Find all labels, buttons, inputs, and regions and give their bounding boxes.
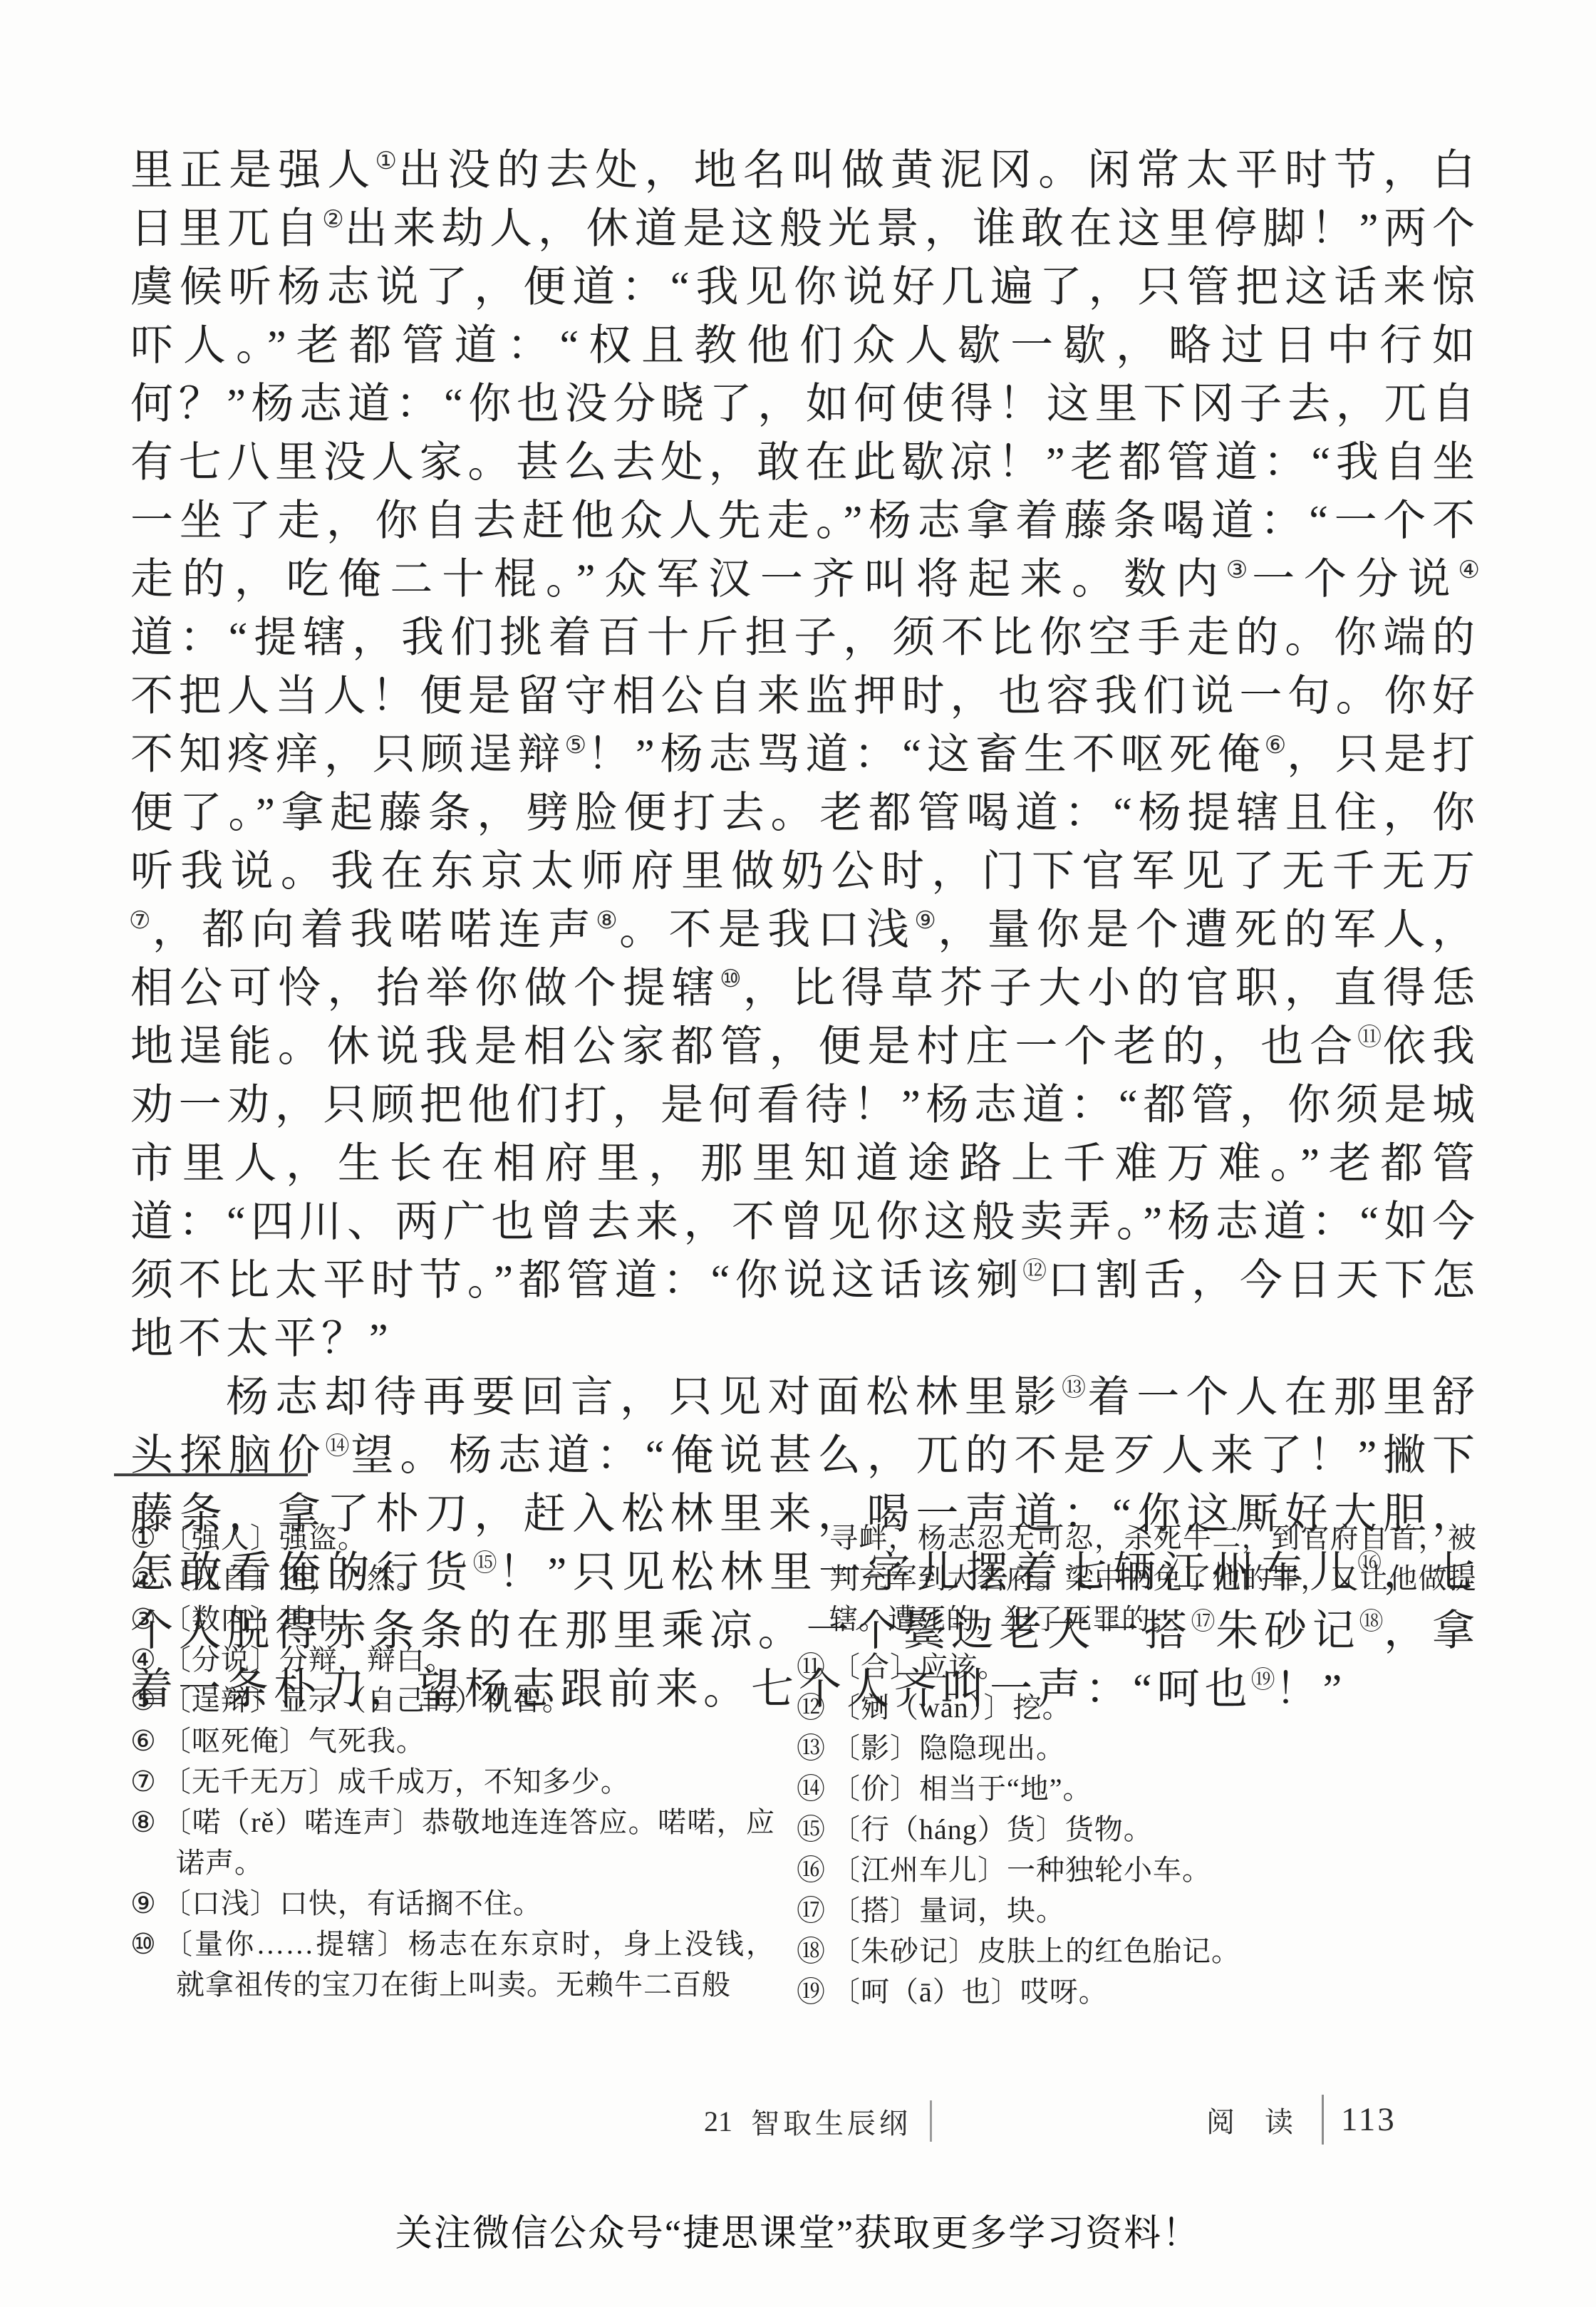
footnote-ref: ⑦ <box>129 908 152 934</box>
footnotes-right-column: 寻衅，杨志忍无可忍，杀死牛二，到官府自首，被判充军到大名府。梁中书免了他的罪，又… <box>797 1518 1477 2012</box>
footnote-3: ③〔数内〕其中。 <box>130 1599 775 1639</box>
footer-page-info: 阅 读 113 <box>1206 2095 1396 2145</box>
footnote-ref: ③ <box>1226 557 1252 584</box>
footnote-19: ⑲〔呵（ā）也〕哎呀。 <box>797 1971 1477 2012</box>
footnote-marker: ⑫ <box>797 1691 826 1723</box>
footnote-marker: ⑲ <box>797 1976 826 2008</box>
footnote-ref: ⑧ <box>596 908 619 934</box>
footnote-marker: ⑦ <box>130 1766 157 1798</box>
footnote-text: 〔江州车儿〕一种独轮小车。 <box>831 1854 1211 1886</box>
footnote-text: 〔呕死俺〕气死我。 <box>162 1725 425 1757</box>
footnote-ref: ⑥ <box>1265 732 1287 759</box>
footnote-marker: ③ <box>130 1603 157 1635</box>
footnote-marker: ⑱ <box>797 1935 826 1967</box>
footnote-text: 〔兀自〕还，仍然。 <box>162 1562 425 1595</box>
footnote-text: 〔呵（ā）也〕哎呀。 <box>831 1976 1108 2008</box>
footnote-text: 〔喏（rě）喏连声〕恭敬地连连答应。喏喏，应诺声。 <box>162 1806 775 1879</box>
footnotes-left-column: ①〔强人〕强盗。 ②〔兀自〕还，仍然。 ③〔数内〕其中。 ④〔分说〕分辩，辩白。… <box>130 1518 775 2005</box>
footnote-marker: ⑥ <box>130 1725 157 1757</box>
footnote-separator-rule <box>114 1473 308 1476</box>
footnote-14: ⑭〔价〕相当于“地”。 <box>797 1768 1477 1809</box>
page-number: 113 <box>1341 2100 1396 2139</box>
footnote-text: 〔行（háng）货〕货物。 <box>831 1813 1153 1845</box>
footnote-1: ①〔强人〕强盗。 <box>130 1518 775 1558</box>
footer-divider-line <box>930 2100 932 2142</box>
footnote-marker: ⑪ <box>797 1651 826 1683</box>
footnote-text: 〔剜（wān）〕挖。 <box>831 1691 1072 1723</box>
footnote-marker: ⑤ <box>130 1684 157 1716</box>
footnote-ref: ⑬ <box>1062 1375 1087 1401</box>
footnote-marker: ⑬ <box>797 1732 826 1764</box>
footnote-9: ⑨〔口浅〕口快，有话搁不住。 <box>130 1883 775 1924</box>
footnote-ref: ⑩ <box>720 966 743 992</box>
footer-lesson-info: 21 智取生辰纲 <box>704 2100 932 2142</box>
footnote-text: 〔合〕应该。 <box>831 1651 1007 1683</box>
footnote-10: ⑩〔量你……提辖〕杨志在东京时，身上没钱，就拿祖传的宝刀在街上叫卖。无赖牛二百般 <box>130 1924 775 2005</box>
footnote-ref: ⑫ <box>1022 1258 1047 1285</box>
footnote-text: 〔逞辩〕显示（自己的）机智。 <box>162 1684 571 1716</box>
footnote-text: 〔分说〕分辩，辩白。 <box>162 1644 455 1676</box>
textbook-page: 里正是强人①出没的去处，地名叫做黄泥冈。闲常太平时节，白日里兀自②出来劫人，休道… <box>0 0 1596 2307</box>
footnote-6: ⑥〔呕死俺〕气死我。 <box>130 1721 775 1761</box>
footnote-text: 〔价〕相当于“地”。 <box>831 1773 1092 1805</box>
footnote-11: ⑪〔合〕应该。 <box>797 1647 1477 1687</box>
footnote-text: 〔搭〕量词，块。 <box>831 1894 1065 1927</box>
footnote-ref: ⑭ <box>326 1434 351 1460</box>
footnote-2: ②〔兀自〕还，仍然。 <box>130 1558 775 1599</box>
footnote-marker: ⑩ <box>130 1928 158 1960</box>
footnote-text: 〔影〕隐隐现出。 <box>831 1732 1065 1764</box>
footnote-10-continuation: 寻衅，杨志忍无可忍，杀死牛二，到官府自首，被判充军到大名府。梁中书免了他的罪，又… <box>797 1518 1477 1639</box>
footnote-marker: ④ <box>130 1644 157 1676</box>
footnote-marker: ⑭ <box>797 1773 826 1805</box>
footnote-13: ⑬〔影〕隐隐现出。 <box>797 1728 1477 1768</box>
body-paragraph-1: 里正是强人①出没的去处，地名叫做黄泥冈。闲常太平时节，白日里兀自②出来劫人，休道… <box>130 141 1480 1368</box>
lesson-number: 21 <box>704 2105 732 2138</box>
footnote-ref: ⑪ <box>1357 1025 1383 1051</box>
body-text: 里正是强人①出没的去处，地名叫做黄泥冈。闲常太平时节，白日里兀自②出来劫人，休道… <box>130 141 1480 1718</box>
footnote-ref: ⑤ <box>565 732 587 759</box>
footnote-marker: ⑯ <box>797 1854 826 1886</box>
footnote-ref: ⑨ <box>914 908 938 934</box>
footnote-8: ⑧〔喏（rě）喏连声〕恭敬地连连答应。喏喏，应诺声。 <box>130 1802 775 1883</box>
footer-divider-line <box>1322 2095 1324 2145</box>
section-label: 阅 读 <box>1206 2100 1305 2140</box>
footnote-marker: ⑮ <box>797 1813 826 1845</box>
footnote-ref: ① <box>375 148 398 175</box>
footnote-text: 〔数内〕其中。 <box>162 1603 367 1635</box>
footnote-marker: ① <box>130 1522 157 1554</box>
watermark-text: 关注微信公众号“捷思课堂”获取更多学习资料！ <box>0 2203 1596 2256</box>
footnote-marker: ⑧ <box>130 1806 157 1838</box>
footnote-18: ⑱〔朱砂记〕皮肤上的红色胎记。 <box>797 1931 1477 1971</box>
footnote-ref: ② <box>322 207 344 233</box>
footnote-marker: ⑰ <box>797 1894 826 1927</box>
footnote-marker: ⑨ <box>130 1887 157 1919</box>
footnote-ref: ④ <box>1458 557 1480 584</box>
footnote-text: 〔口浅〕口快，有话搁不住。 <box>162 1887 542 1919</box>
footnote-text: 〔朱砂记〕皮肤上的红色胎记。 <box>831 1935 1240 1967</box>
footnote-7: ⑦〔无千无万〕成千成万，不知多少。 <box>130 1761 775 1802</box>
footnote-15: ⑮〔行（háng）货〕货物。 <box>797 1809 1477 1850</box>
lesson-title: 智取生辰纲 <box>751 2101 911 2142</box>
footnote-marker: ② <box>130 1562 157 1595</box>
footnote-17: ⑰〔搭〕量词，块。 <box>797 1890 1477 1931</box>
footnote-text: 〔无千无万〕成千成万，不知多少。 <box>162 1766 630 1798</box>
footnote-text: 〔量你……提辖〕杨志在东京时，身上没钱，就拿祖传的宝刀在街上叫卖。无赖牛二百般 <box>164 1928 775 2001</box>
footnote-4: ④〔分说〕分辩，辩白。 <box>130 1639 775 1680</box>
footnote-16: ⑯〔江州车儿〕一种独轮小车。 <box>797 1850 1477 1890</box>
footnote-5: ⑤〔逞辩〕显示（自己的）机智。 <box>130 1680 775 1721</box>
footnote-text: 〔强人〕强盗。 <box>162 1522 367 1554</box>
footnote-12: ⑫〔剜（wān）〕挖。 <box>797 1687 1477 1728</box>
